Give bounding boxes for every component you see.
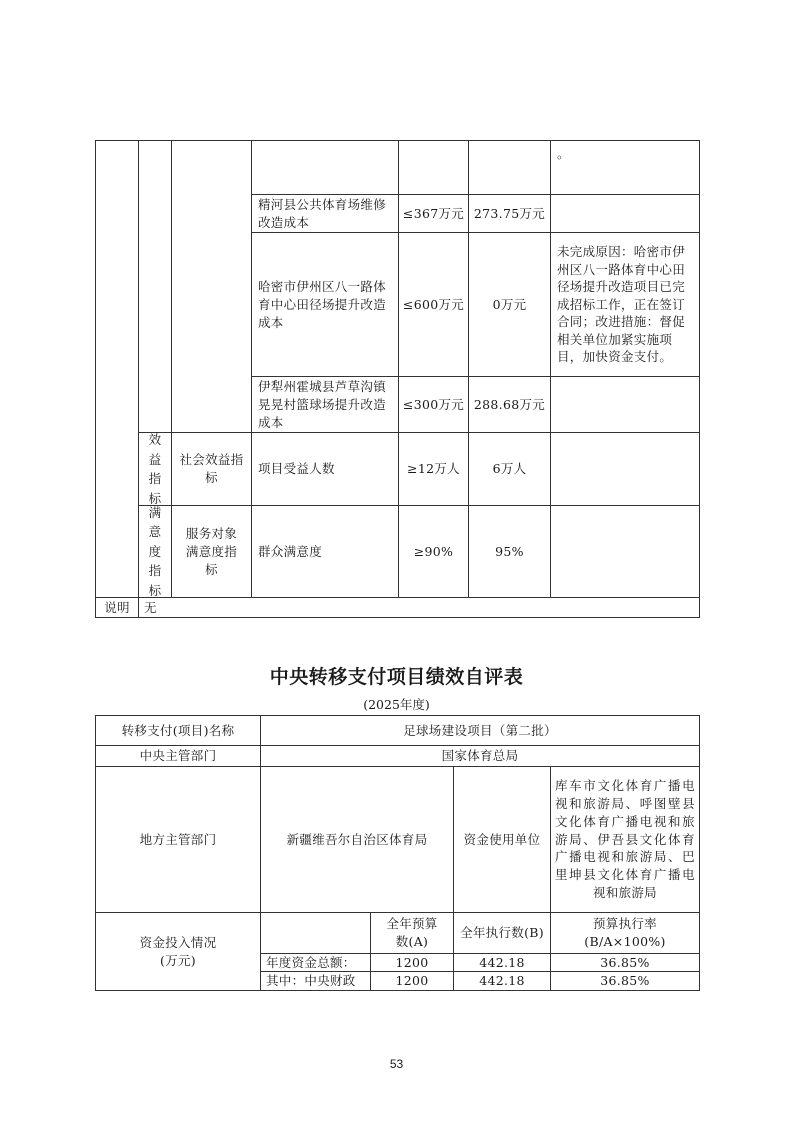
remark-value: 无 — [138, 597, 700, 618]
indicator-cell: 群众满意度 — [251, 505, 399, 598]
indicator-cell: 精河县公共体育场维修改造成本 — [251, 194, 399, 233]
funding-row-label: 年度资金总额： — [260, 953, 371, 972]
target-cell: ≥90% — [398, 505, 469, 598]
funding-row-label: 其中：中央财政 — [260, 971, 371, 991]
target-cell: ≤300万元 — [398, 376, 469, 433]
note-cell — [550, 505, 700, 598]
note-cell — [550, 376, 700, 433]
page-title: 中央转移支付项目绩效自评表 — [0, 662, 793, 689]
benefit-subcategory-cell: 社会效益指标 — [171, 432, 252, 506]
funding-row-budget: 1200 — [370, 971, 454, 991]
benefit-category-cell: 效益指标 — [138, 432, 172, 506]
page-subtitle: (2025年度) — [0, 695, 793, 713]
indicator-cell — [251, 140, 399, 195]
funding-header-budget: 全年预算数(A) — [370, 912, 454, 954]
actual-cell: 0万元 — [468, 232, 551, 377]
local-dept-value: 新疆维吾尔自治区体育局 — [260, 766, 454, 913]
col2-span-cost — [138, 140, 172, 433]
note-cell: 未完成原因：哈密市伊州区八一路体育中心田径场提升改造项目已完成招标工作，正在签订… — [550, 232, 700, 377]
indicator-cell: 哈密市伊州区八一路体育中心田径场提升改造成本 — [251, 232, 399, 377]
funding-row-rate: 36.85% — [550, 971, 700, 991]
target-cell: ≥12万人 — [398, 432, 469, 506]
funding-header-blank — [260, 912, 371, 954]
local-dept-label: 地方主管部门 — [95, 766, 261, 913]
note-cell: 。 — [550, 140, 700, 195]
satisfaction-subcategory-cell: 服务对象满意度指标 — [171, 505, 252, 598]
central-dept-label: 中央主管部门 — [95, 745, 261, 767]
fund-unit-value: 库车市文化体育广播电视和旅游局、呼图壁县文化体育广播电视和旅游局、伊吾县文化体育… — [550, 766, 700, 913]
actual-cell: 288.68万元 — [468, 376, 551, 433]
col1-span — [95, 140, 139, 598]
fund-unit-label: 资金使用单位 — [453, 766, 551, 913]
funding-label: 资金投入情况 (万元) — [95, 912, 261, 991]
funding-header-executed: 全年执行数(B) — [453, 912, 551, 954]
funding-row-executed: 442.18 — [453, 971, 551, 991]
project-name-value: 足球场建设项目（第二批） — [260, 715, 700, 746]
note-cell — [550, 194, 700, 233]
actual-cell: 273.75万元 — [468, 194, 551, 233]
funding-row-budget: 1200 — [370, 953, 454, 972]
project-name-label: 转移支付(项目)名称 — [95, 715, 261, 746]
page-number: 53 — [0, 1057, 793, 1071]
note-cell — [550, 432, 700, 506]
col3-span-cost — [171, 140, 252, 433]
funding-header-rate: 预算执行率(B/A×100%) — [550, 912, 700, 954]
target-cell — [398, 140, 469, 195]
funding-row-rate: 36.85% — [550, 953, 700, 972]
indicator-cell: 项目受益人数 — [251, 432, 399, 506]
indicator-cell: 伊犁州霍城县芦草沟镇晃晃村篮球场提升改造成本 — [251, 376, 399, 433]
actual-cell: 95% — [468, 505, 551, 598]
funding-row-executed: 442.18 — [453, 953, 551, 972]
actual-cell — [468, 140, 551, 195]
remark-label: 说明 — [95, 597, 139, 618]
central-dept-value: 国家体育总局 — [260, 745, 700, 767]
target-cell: ≤367万元 — [398, 194, 469, 233]
satisfaction-category-cell: 满意度指标 — [138, 505, 172, 598]
target-cell: ≤600万元 — [398, 232, 469, 377]
actual-cell: 6万人 — [468, 432, 551, 506]
